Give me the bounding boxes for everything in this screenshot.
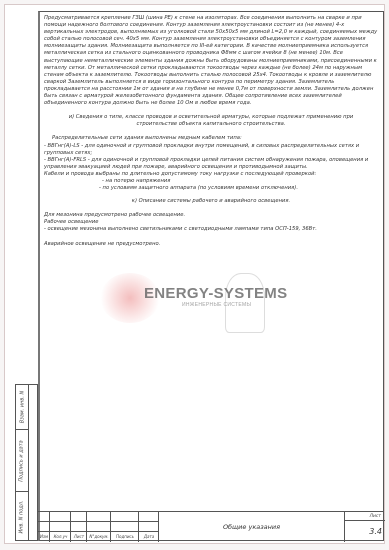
col-header-doc-number: N°докум. [87,533,111,541]
paragraph-cable-ls: - ВВГнг(А)-LS - для одиночной и группово… [44,143,378,157]
side-stamp: Взам. инв. N Подпись и дата Инв. N подл. [15,384,38,541]
check-item-protection: - по условиям защитного аппарата (по усл… [44,185,378,192]
document-title: Общие указания [159,512,344,542]
revision-table: Изм Кол.уч Лист N°докум. Подпись Дата [38,512,159,542]
check-item-voltage: - на потерю напряжения [44,178,378,185]
title-block: Изм Кол.уч Лист N°докум. Подпись Дата Об… [38,511,384,541]
section-heading-k: к) Описание системы рабочего и аварийног… [44,198,378,205]
paragraph-working-lighting: - освещение мезонина выполнено светильни… [44,226,378,233]
side-cell-replacement-inv: Взам. инв. N [16,385,28,430]
side-cell-original-inv: Инв. N подл. [16,492,28,541]
sheet-number-cell: Лист 3.4 [344,512,384,542]
paragraph-cable-selection: Кабели и провода выбраны по длительно до… [44,171,378,178]
paragraph-emergency-lighting: Аварийное освещение не предусмотрено. [44,241,378,248]
sheet-label: Лист [345,512,385,521]
paragraph-working-lighting-title: Рабочее освещение [44,219,378,226]
sheet-number: 3.4 [345,521,385,542]
col-header-signature: Подпись [111,533,139,541]
section-heading-i: и) Сведения о типе, классе проводов и ос… [44,114,378,128]
paragraph-mezzanine: Для мезонина предусмотрено рабочее освещ… [44,212,378,219]
col-header-date: Дата [139,533,159,541]
paragraph-grounding: Предусматривается крепление ГЗШ (шина PE… [44,15,378,107]
col-header-sheet: Лист [71,533,87,541]
paragraph-cable-frls: - ВВГнг(А)-FRLS - для одиночной и группо… [44,157,378,171]
col-header-change: Изм [38,533,50,541]
side-cell-signature-date: Подпись и дата [16,430,28,492]
col-header-qty: Кол.уч [50,533,71,541]
paragraph-distribution-networks: Распределительные сети здания выполнены … [44,135,378,142]
document-body: Предусматривается крепление ГЗШ (шина PE… [44,15,378,248]
